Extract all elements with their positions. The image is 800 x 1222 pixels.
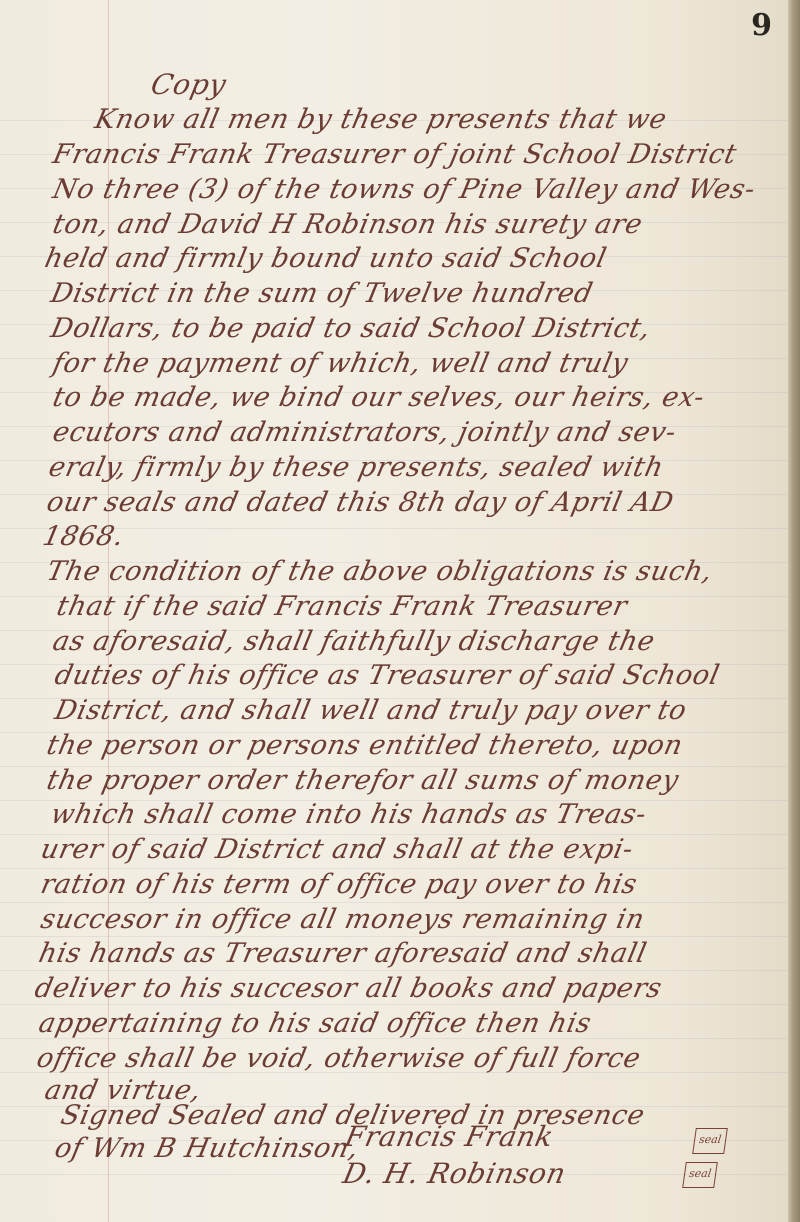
text-line: appertaining to his said office then his [36, 1008, 594, 1039]
signature-francis-frank: Francis Frank [342, 1120, 557, 1153]
text-line: duties of his office as Treasurer of sai… [52, 660, 722, 691]
text-line: Francis Frank Treasurer of joint School … [50, 139, 740, 170]
text-line: that if the said Francis Frank Treasurer [54, 591, 630, 622]
text-line: which shall come into his hands as Treas… [48, 799, 649, 830]
text-line: the person or persons entitled thereto, … [44, 730, 686, 761]
seal-mark: seal [682, 1162, 718, 1188]
rule-line [0, 970, 788, 971]
page-binding-edge [788, 0, 800, 1222]
text-line: to be made, we bind our selves, our heir… [50, 382, 707, 413]
text-line: The condition of the above obligations i… [44, 556, 715, 587]
text-line: for the payment of which, well and truly [50, 348, 631, 379]
text-line: of Wm B Hutchinson, [52, 1133, 362, 1164]
text-line: deliver to his succesor all books and pa… [32, 973, 665, 1004]
text-line: eraly, firmly by these presents, sealed … [46, 452, 666, 483]
text-line: Dollars, to be paid to said School Distr… [48, 313, 654, 344]
signature-d-h-robinson: D. H. Robinson [340, 1157, 569, 1190]
text-line: office shall be void, otherwise of full … [34, 1043, 644, 1074]
text-line: Know all men by these presents that we [92, 104, 670, 135]
text-line: as aforesaid, shall faithfully discharge… [50, 626, 658, 657]
text-line: the proper order therefor all sums of mo… [44, 765, 682, 796]
text-line: held and firmly bound unto said School [42, 243, 609, 274]
text-line: No three (3) of the towns of Pine Valley… [50, 174, 758, 205]
text-line: his hands as Treasurer aforesaid and sha… [36, 938, 650, 969]
rule-line [0, 1004, 788, 1005]
rule-line [0, 936, 788, 937]
text-line: urer of said District and shall at the e… [38, 834, 636, 865]
text-line: 1868. [40, 521, 127, 552]
text-line: ton, and David H Robinson his surety are [50, 209, 645, 240]
text-line: District in the sum of Twelve hundred [48, 278, 596, 309]
text-line: succesor in office all moneys remaining … [38, 904, 647, 935]
heading-copy: Copy [148, 68, 229, 101]
text-line: ecutors and administrators, jointly and … [50, 417, 679, 448]
page-number: 9 [751, 8, 772, 43]
text-line: our seals and dated this 8th day of Apri… [44, 487, 677, 518]
text-line: ration of his term of office pay over to… [38, 869, 640, 900]
text-line: District, and shall well and truly pay o… [52, 695, 690, 726]
rule-line [0, 902, 788, 903]
seal-mark: seal [692, 1128, 728, 1154]
